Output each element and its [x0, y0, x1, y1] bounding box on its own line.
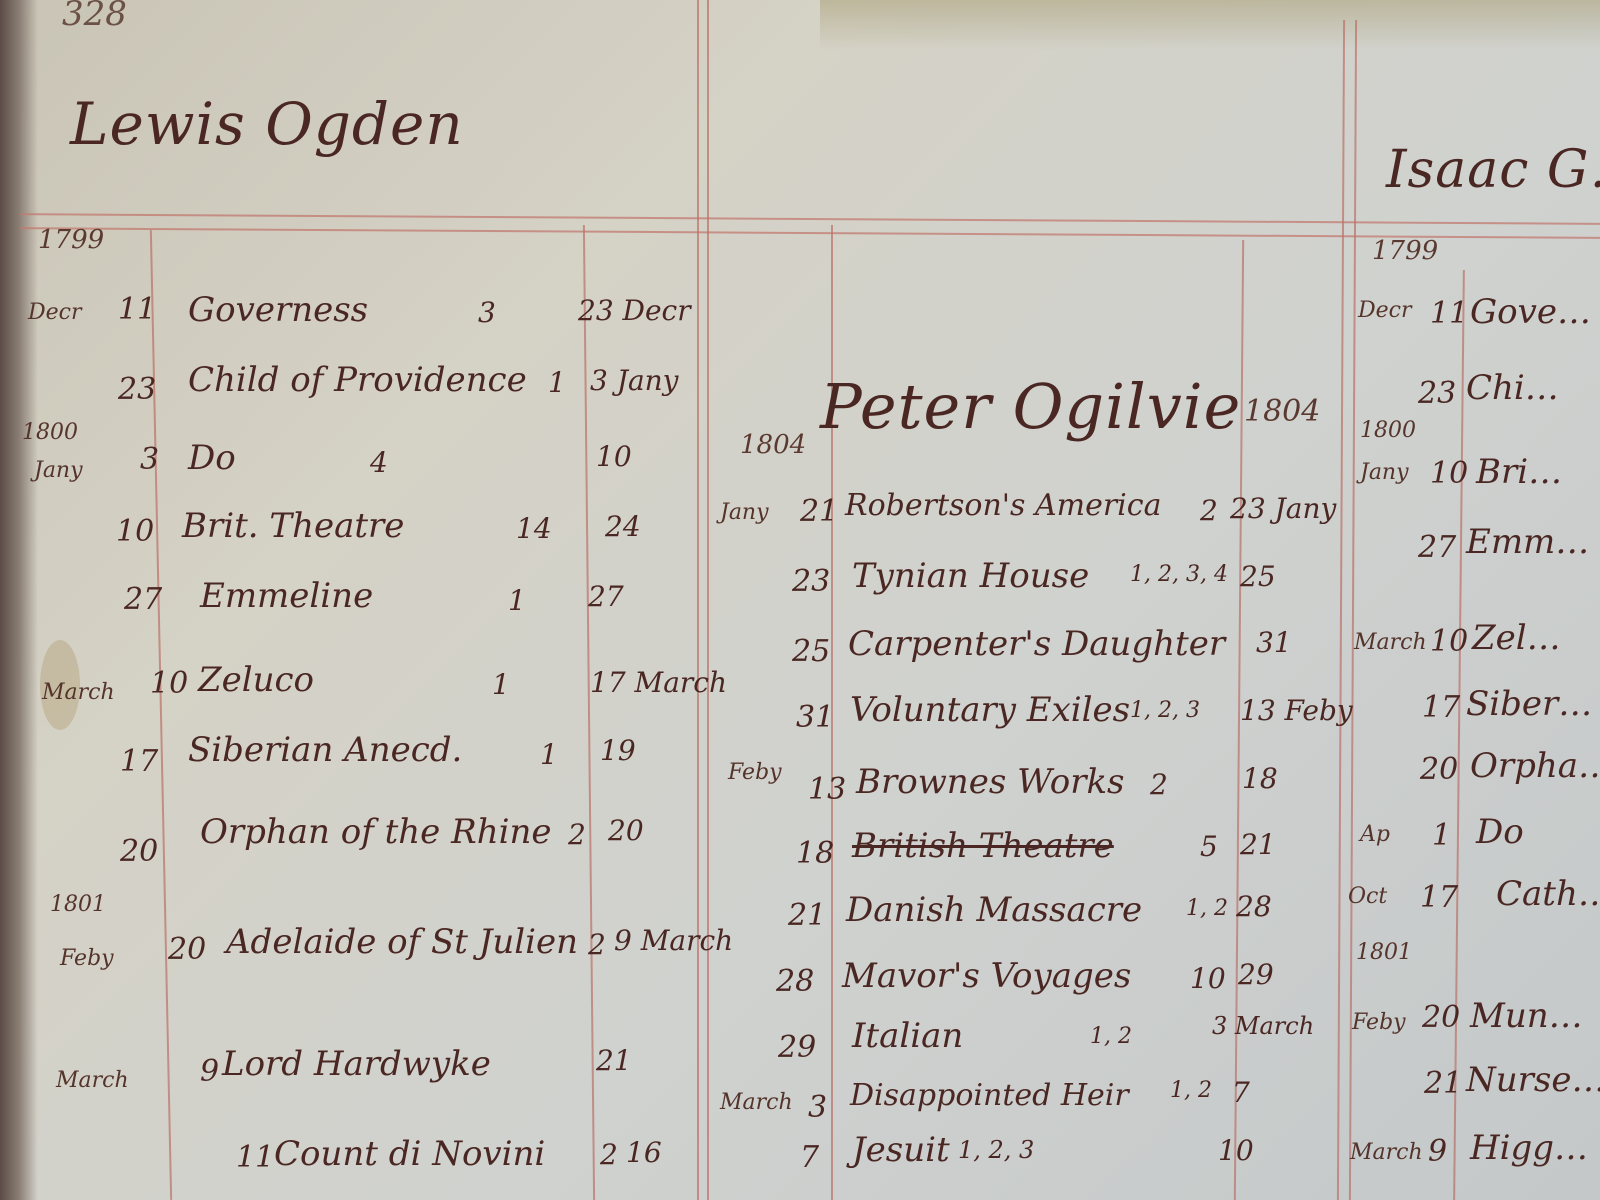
entry-returned: 24 [605, 510, 641, 543]
start-year: 1799 [1372, 236, 1438, 266]
entry-title: Orphan of the Rhine [200, 812, 552, 852]
page-binding-edge [0, 0, 38, 1200]
section-rule-1a [697, 0, 699, 1200]
entry-vols: 1, 2, 3 [1130, 698, 1200, 723]
entry-day: 17 [120, 744, 158, 779]
entry-title: Count di Novini [274, 1134, 545, 1174]
entry-vols: 2 [1150, 768, 1168, 801]
entry-day: 11 [118, 292, 156, 327]
header-year: 1804 [1244, 394, 1320, 429]
entry-month: Jany [720, 500, 769, 525]
entry-vols: 4 [370, 446, 388, 479]
entry-title: Do [1476, 812, 1524, 852]
entry-month: Feby [1352, 1010, 1406, 1035]
start-year: 1799 [38, 225, 104, 255]
entry-returned: 16 [626, 1136, 662, 1169]
entry-day: 17 [1420, 880, 1458, 915]
entry-day: 7 [800, 1140, 819, 1175]
entry-day: 21 [800, 494, 838, 529]
entry-day: 20 [168, 932, 206, 967]
account-name: Lewis Ogden [70, 90, 464, 158]
entry-returned: 17 March [590, 666, 727, 699]
entry-day: 29 [778, 1030, 816, 1065]
entry-day: 10 [150, 666, 188, 701]
entry-day: 9 [200, 1054, 219, 1089]
entry-returned: 19 [600, 734, 636, 767]
entry-day: 11 [236, 1140, 274, 1175]
entry-vols: 1, 2 [1186, 896, 1228, 921]
entry-vols: 1, 2, 3, 4 [1130, 562, 1228, 587]
entry-day: 10 [1430, 456, 1468, 491]
entry-month: March [56, 1068, 129, 1093]
entry-returned: 3 Jany [590, 364, 678, 397]
entry-title: Do [188, 438, 236, 478]
entry-title: Brit. Theatre [182, 506, 404, 546]
entry-title: British Theatre [852, 826, 1114, 866]
entry-returned: 29 [1238, 958, 1274, 991]
entry-title: Higg… [1470, 1128, 1588, 1168]
entry-returned: 23 Decr [578, 294, 691, 327]
entry-vols: 2 [1200, 494, 1218, 527]
entry-returned: 31 [1256, 626, 1292, 659]
entry-title: Siber… [1466, 684, 1592, 724]
entry-title: Mun… [1470, 996, 1583, 1036]
entry-returned: 10 [1218, 1134, 1254, 1167]
entry-title: Gove… [1470, 292, 1591, 332]
entry-day: 10 [116, 514, 154, 549]
entry-returned: 13 Feby [1240, 694, 1353, 727]
entry-vols: 1 [540, 738, 558, 771]
start-year: 1804 [740, 430, 806, 460]
entry-day: 11 [1430, 296, 1468, 331]
entry-returned: 23 Jany [1230, 492, 1336, 525]
entry-month: March [1350, 1140, 1423, 1165]
entry-day: 23 [118, 372, 156, 407]
account-name: Peter Ogilvie [820, 370, 1241, 443]
entry-day: 20 [1420, 752, 1458, 787]
entry-day: 27 [1418, 530, 1456, 565]
entry-returned: 18 [1242, 762, 1278, 795]
entry-month: Ap [1360, 822, 1390, 847]
entry-title: Governess [188, 290, 368, 330]
entry-vols: 1 [492, 668, 510, 701]
entry-day: 3 [140, 442, 159, 477]
entry-vols: 2 [588, 928, 606, 961]
entry-title: Bri… [1476, 452, 1562, 492]
entry-title: Emmeline [200, 576, 373, 616]
entry-vols: 5 [1200, 830, 1218, 863]
entry-title: Lord Hardwyke [222, 1044, 491, 1084]
entry-year: 1800 [1360, 418, 1416, 443]
entry-day: 21 [1424, 1066, 1462, 1101]
entry-month: Decr [28, 300, 82, 325]
section-rule-2a [1337, 20, 1345, 1200]
account-name: Isaac G… [1386, 140, 1600, 200]
entry-month: Jany [1360, 460, 1409, 485]
entry-day: 13 [808, 772, 846, 807]
entry-title: Carpenter's Daughter [848, 624, 1225, 664]
entry-vols: 1, 2 [1170, 1078, 1212, 1103]
entry-day: 18 [796, 836, 834, 871]
entry-month: March [720, 1090, 793, 1115]
entry-vols: 1, 2 [1090, 1024, 1132, 1049]
entry-title: Siberian Anecd. [188, 730, 462, 770]
entry-title: Zel… [1472, 618, 1561, 658]
entry-month: March [1354, 630, 1427, 655]
entry-title: Robertson's America [845, 488, 1161, 523]
header-rule-bottom [20, 227, 1600, 239]
entry-day: 23 [1418, 376, 1456, 411]
entry-returned: 28 [1236, 890, 1272, 923]
entry-title: Chi… [1466, 368, 1559, 408]
entry-title: Child of Providence [188, 360, 527, 400]
entry-vols: 10 [1190, 962, 1226, 995]
entry-year: 1801 [1356, 940, 1412, 965]
entry-returned: 10 [596, 440, 632, 473]
entry-title: Cath… [1496, 874, 1600, 914]
entry-title: Zeluco [198, 660, 314, 700]
entry-title: Brownes Works [856, 762, 1125, 802]
entry-returned: 21 [1240, 828, 1276, 861]
entry-day: 10 [1430, 624, 1468, 659]
entry-returned: 21 [596, 1044, 632, 1077]
entry-month: March [42, 680, 115, 705]
entry-day: 20 [1422, 1000, 1460, 1035]
water-stain [820, 0, 1600, 50]
entry-returned: 9 March [614, 924, 733, 957]
entry-month: Feby [728, 760, 782, 785]
entry-title: Jesuit [852, 1130, 950, 1170]
entry-day: 3 [808, 1090, 827, 1125]
entry-month: Feby [60, 946, 114, 971]
entry-year: 1800 [22, 420, 78, 445]
header-rule-top [20, 213, 1600, 225]
entry-month: Decr [1358, 298, 1412, 323]
entry-title: Italian [852, 1016, 963, 1056]
entry-day: 17 [1422, 690, 1460, 725]
entry-title: Emm… [1466, 522, 1589, 562]
entry-returned: 7 [1232, 1076, 1250, 1109]
entry-returned: 25 [1240, 560, 1276, 593]
entry-vols: 14 [516, 512, 552, 545]
entry-day: 21 [788, 898, 826, 933]
entry-returned: 20 [608, 814, 644, 847]
entry-vols: 2 [568, 818, 586, 851]
entry-title: Orpha… [1470, 746, 1600, 786]
entry-title: Mavor's Voyages [842, 956, 1131, 996]
entry-day: 28 [776, 964, 814, 999]
entry-title: Danish Massacre [846, 890, 1142, 930]
entry-vols: 3 [478, 296, 496, 329]
entry-day: 25 [792, 634, 830, 669]
entry-day: 20 [120, 834, 158, 869]
page-number: 328 [62, 0, 127, 34]
entry-title: Disappointed Heir [850, 1078, 1129, 1113]
entry-day: 23 [792, 564, 830, 599]
entry-vols: 2 [600, 1138, 618, 1171]
entry-returned: 3 March [1212, 1012, 1314, 1040]
entry-month: Oct [1348, 884, 1387, 909]
entry-vols: 1 [508, 584, 526, 617]
entry-title: Tynian House [852, 556, 1089, 596]
entry-returned: 27 [588, 580, 624, 613]
section-rule-1b [707, 0, 709, 1200]
entry-day: 27 [124, 582, 162, 617]
entry-vols: 1 [548, 366, 566, 399]
entry-title: Nurse… [1466, 1060, 1600, 1100]
entry-title: Voluntary Exiles [850, 690, 1130, 730]
entry-vols: 1, 2, 3 [958, 1136, 1034, 1164]
entry-day: 31 [796, 700, 834, 735]
entry-month: Jany [34, 458, 83, 483]
entry-day: 9 [1428, 1134, 1447, 1169]
entry-title: Adelaide of St Julien [226, 922, 578, 962]
entry-day: 1 [1432, 818, 1451, 853]
entry-year: 1801 [50, 892, 106, 917]
